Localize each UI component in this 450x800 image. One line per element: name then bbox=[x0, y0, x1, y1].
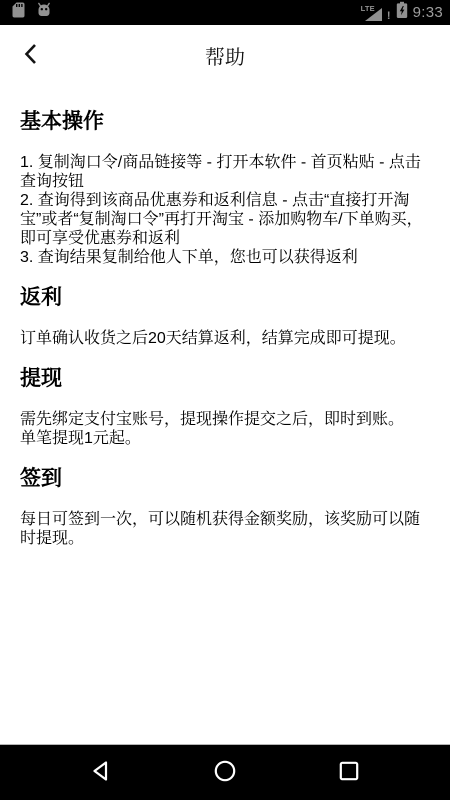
section-text: 单笔提现1元起。 bbox=[20, 429, 430, 448]
section-text: 订单确认收货之后20天结算返利，结算完成即可提现。 bbox=[20, 329, 430, 348]
status-bar-left bbox=[12, 2, 52, 23]
home-circle-icon bbox=[213, 759, 237, 786]
help-content: 基本操作1. 复制淘口令/商品链接等 - 打开本软件 - 首页粘贴 - 点击查询… bbox=[0, 109, 450, 548]
section-text: 3. 查询结果复制给他人下单，您也可以获得返利 bbox=[20, 248, 430, 267]
nav-back-button[interactable] bbox=[88, 760, 114, 786]
section-heading: 签到 bbox=[20, 466, 430, 492]
nav-recents-button[interactable] bbox=[336, 760, 362, 786]
help-section: 签到每日可签到一次，可以随机获得金额奖励，该奖励可以随时提现。 bbox=[20, 466, 430, 548]
section-heading: 返利 bbox=[20, 285, 430, 311]
battery-charging-icon bbox=[396, 1, 408, 24]
signal-triangle-icon bbox=[365, 8, 382, 21]
sd-card-icon bbox=[12, 2, 25, 23]
help-section: 提现需先绑定支付宝账号，提现操作提交之后，即时到账。单笔提现1元起。 bbox=[20, 366, 430, 448]
recents-square-icon bbox=[337, 759, 361, 786]
lte-signal-icon: LTE ! bbox=[361, 3, 391, 22]
section-text: 每日可签到一次，可以随机获得金额奖励，该奖励可以随时提现。 bbox=[20, 510, 430, 548]
status-bar: LTE ! 9:33 bbox=[0, 0, 450, 25]
section-heading: 基本操作 bbox=[20, 109, 430, 135]
android-screen: LTE ! 9:33 帮助 bbox=[0, 0, 450, 800]
section-text: 1. 复制淘口令/商品链接等 - 打开本软件 - 首页粘贴 - 点击查询按钮 bbox=[20, 153, 430, 191]
nav-home-button[interactable] bbox=[212, 760, 238, 786]
app-bar: 帮助 bbox=[0, 25, 450, 85]
status-time: 9:33 bbox=[413, 4, 445, 21]
status-bar-right: LTE ! 9:33 bbox=[361, 1, 445, 24]
section-text: 需先绑定支付宝账号，提现操作提交之后，即时到账。 bbox=[20, 410, 430, 429]
help-section: 基本操作1. 复制淘口令/商品链接等 - 打开本软件 - 首页粘贴 - 点击查询… bbox=[20, 109, 430, 267]
page-title: 帮助 bbox=[0, 41, 450, 70]
section-heading: 提现 bbox=[20, 366, 430, 392]
signal-alert: ! bbox=[387, 10, 391, 22]
usb-debugging-icon bbox=[36, 2, 52, 23]
navigation-bar bbox=[0, 744, 450, 800]
back-triangle-icon bbox=[89, 759, 113, 786]
section-text: 2. 查询得到该商品优惠券和返利信息 - 点击“直接打开淘宝”或者“复制淘口令”… bbox=[20, 191, 430, 248]
help-section: 返利订单确认收货之后20天结算返利，结算完成即可提现。 bbox=[20, 285, 430, 348]
